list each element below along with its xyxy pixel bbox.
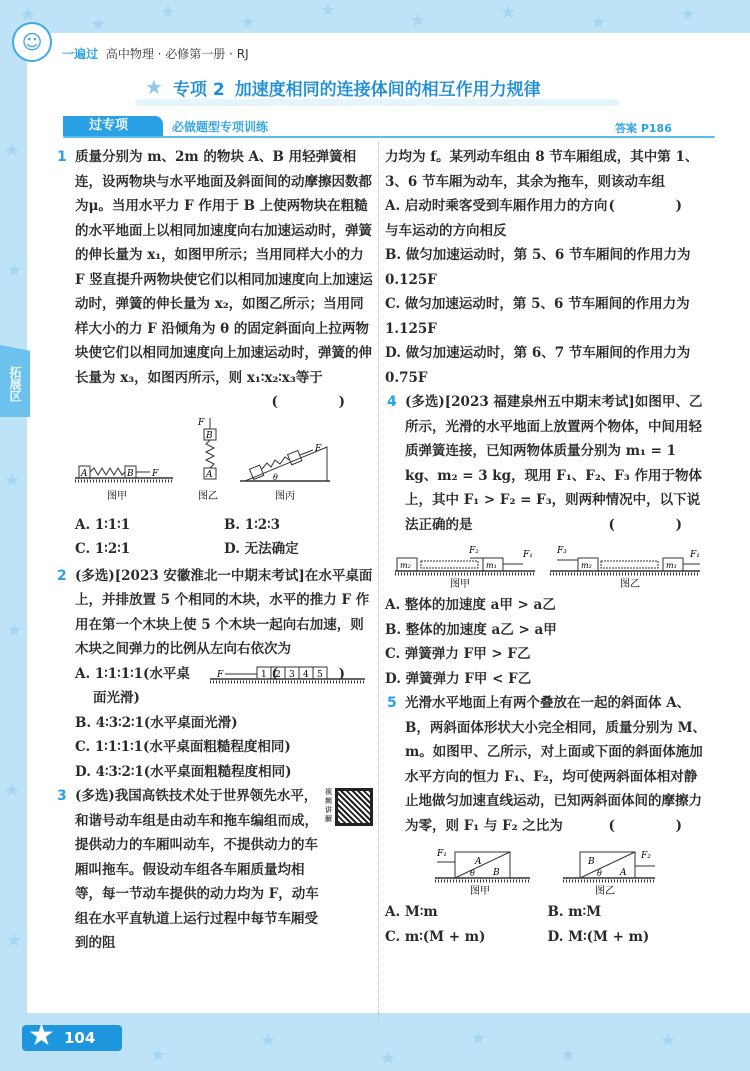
svg-text:B: B bbox=[587, 857, 595, 867]
caption-jia: 图甲 bbox=[107, 490, 127, 502]
question-stem: (多选)[2023 安徽淮北一中期末考试]在水平桌面上，并排放置 5 个相同的木… bbox=[75, 568, 372, 658]
svg-text:F: F bbox=[314, 444, 322, 454]
mascot-star-icon: ★ bbox=[28, 1018, 55, 1053]
title-number: 专项 2 bbox=[173, 75, 225, 100]
option-d[interactable]: D. M∶(M + m) bbox=[548, 925, 711, 950]
question-number: 3 bbox=[57, 784, 67, 809]
option-b[interactable]: B. 做匀加速运动时，第 5、6 节车厢间的作用力为 0.125F bbox=[385, 243, 710, 292]
svg-text:F₁: F₁ bbox=[689, 550, 700, 560]
svg-text:B: B bbox=[126, 469, 134, 479]
brand-name: 一遍过 bbox=[62, 47, 98, 61]
option-a-cont: 面光滑) bbox=[55, 686, 373, 711]
option-d[interactable]: D. 弹簧弹力 F甲 < F乙 bbox=[385, 667, 710, 692]
caption-yi: 图乙 bbox=[198, 490, 218, 502]
svg-text:F₃: F₃ bbox=[556, 546, 567, 556]
section-tag: 过专项 bbox=[63, 116, 163, 136]
svg-text:θ: θ bbox=[273, 473, 278, 482]
svg-text:m₂: m₂ bbox=[400, 561, 411, 570]
svg-text:m₁: m₁ bbox=[486, 561, 497, 570]
option-b[interactable]: B. 整体的加速度 a乙 > a甲 bbox=[385, 618, 710, 643]
options-q1-row2: C. 1∶2∶1 D. 无法确定 bbox=[55, 537, 373, 562]
mascot-logo-icon: ☺ bbox=[12, 22, 52, 62]
option-c[interactable]: C. 1∶2∶1 bbox=[75, 537, 224, 562]
column-divider bbox=[378, 142, 379, 1022]
question-2: 2 (多选)[2023 安徽淮北一中期末考试]在水平桌面上，并排放置 5 个相同… bbox=[55, 564, 373, 662]
svg-text:θ: θ bbox=[470, 869, 475, 878]
title-text: 加速度相同的连接体间的相互作用力规律 bbox=[235, 75, 541, 100]
figure-q5: AB θ F₁ 图甲 BA θ F₂ 图乙 bbox=[385, 842, 710, 898]
question-number: 1 bbox=[57, 145, 67, 170]
figure-q1: A B F 图甲 F B A 图乙 F θ 图丙 bbox=[55, 394, 373, 511]
question-stem: 质量分别为 m、2m 的物块 A、B 用轻弹簧相连，设两物块与水平地面及斜面间的… bbox=[75, 149, 373, 386]
question-stem: (多选)我国高铁技术处于世界领先水平，和谐号动车组是由动车和拖车编组而成，提供动… bbox=[75, 788, 319, 951]
svg-text:A: A bbox=[474, 857, 482, 867]
option-c[interactable]: C. m∶(M + m) bbox=[385, 925, 548, 950]
answer-blank[interactable]: ( ) bbox=[609, 814, 710, 839]
option-a[interactable]: A. 1∶1∶1 bbox=[75, 513, 224, 538]
option-a[interactable]: A. 整体的加速度 a甲 > a乙 bbox=[385, 593, 710, 618]
question-5: 5 光滑水平地面上有两个叠放在一起的斜面体 A、B，两斜面体形状大小完全相同，质… bbox=[385, 691, 710, 838]
svg-text:m₂: m₂ bbox=[581, 561, 592, 570]
question-number: 4 bbox=[387, 390, 397, 415]
question-3-continued: 力均为 f。某列动车组由 8 节车厢组成，其中第 1、3、6 节车厢为动车，其余… bbox=[385, 145, 710, 194]
svg-text:F₁: F₁ bbox=[436, 849, 447, 859]
svg-text:F₂: F₂ bbox=[640, 851, 651, 861]
figure-q2: F 1 2 3 4 5 bbox=[205, 664, 370, 686]
options-q5: A. M∶m B. m∶M bbox=[385, 900, 710, 925]
question-number: 5 bbox=[387, 691, 397, 716]
option-b[interactable]: B. m∶M bbox=[548, 900, 711, 925]
question-number: 2 bbox=[57, 564, 67, 589]
option-d[interactable]: D. 做匀加速运动时，第 6、7 节车厢间的作用力为 0.75F bbox=[385, 341, 710, 390]
running-header: 一遍过 高中物理 · 必修第一册 · RJ bbox=[62, 45, 249, 62]
option-c[interactable]: C. 1∶1∶1∶1(水平桌面粗糙程度相同) bbox=[55, 735, 373, 760]
option-d[interactable]: D. 无法确定 bbox=[224, 537, 373, 562]
svg-text:F: F bbox=[151, 469, 159, 479]
svg-text:B: B bbox=[205, 431, 213, 441]
question-stem: 光滑水平地面上有两个叠放在一起的斜面体 A、B，两斜面体形状大小完全相同，质量分… bbox=[405, 695, 706, 834]
question-4: 4 (多选)[2023 福建泉州五中期末考试]如图甲、乙所示，光滑的水平地面上放… bbox=[385, 390, 710, 537]
svg-text:A: A bbox=[619, 868, 627, 878]
caption-yi: 图乙 bbox=[595, 885, 615, 897]
left-column: 1 质量分别为 m、2m 的物块 A、B 用轻弹簧相连，设两物块与水平地面及斜面… bbox=[55, 145, 373, 956]
svg-text:F₂: F₂ bbox=[468, 546, 479, 556]
option-b[interactable]: B. 4∶3∶2∶1(水平桌面光滑) bbox=[55, 711, 373, 736]
caption-yi: 图乙 bbox=[620, 578, 640, 590]
section-rule bbox=[63, 136, 715, 138]
book-title: 高中物理 · 必修第一册 · RJ bbox=[106, 47, 249, 61]
svg-text:m₁: m₁ bbox=[666, 561, 677, 570]
answer-reference-link[interactable]: 答案 P186 bbox=[615, 120, 672, 136]
caption-jia: 图甲 bbox=[470, 885, 490, 897]
option-d[interactable]: D. 4∶3∶2∶1(水平桌面粗糙程度相同) bbox=[55, 760, 373, 785]
answer-blank[interactable]: ( ) bbox=[609, 194, 710, 219]
option-c[interactable]: C. 弹簧弹力 F甲 > F乙 bbox=[385, 642, 710, 667]
caption-jia: 图甲 bbox=[450, 578, 470, 590]
star-icon: ★ bbox=[145, 75, 163, 99]
svg-text:A: A bbox=[205, 470, 213, 480]
right-column: 力均为 f。某列动车组由 8 节车厢组成，其中第 1、3、6 节车厢为动车，其余… bbox=[385, 145, 710, 949]
option-a[interactable]: A. M∶m bbox=[385, 900, 548, 925]
svg-text:A: A bbox=[80, 469, 88, 479]
option-b[interactable]: B. 1∶2∶3 bbox=[224, 513, 373, 538]
svg-text:θ: θ bbox=[597, 869, 602, 878]
svg-text:F: F bbox=[197, 418, 205, 428]
svg-text:F₁: F₁ bbox=[522, 550, 533, 560]
qr-code[interactable] bbox=[335, 788, 373, 826]
figure-q4: m₂ m₁ F₁ F₂ 图甲 F₃ m₂ m₁ F₁ 图乙 bbox=[385, 541, 710, 591]
question-3: 3 (多选)我国高铁技术处于世界领先水平，和谐号动车组是由动车和拖车编组而成，提… bbox=[55, 784, 373, 956]
svg-text:B: B bbox=[492, 868, 500, 878]
question-1: 1 质量分别为 m、2m 的物块 A、B 用轻弹簧相连，设两物块与水平地面及斜面… bbox=[55, 145, 373, 390]
question-stem: (多选)[2023 福建泉州五中期末考试]如图甲、乙所示，光滑的水平地面上放置两… bbox=[405, 394, 702, 533]
page-title: ★ 专项 2 加速度相同的连接体间的相互作用力规律 bbox=[145, 74, 541, 100]
question-stem: 力均为 f。某列动车组由 8 节车厢组成，其中第 1、3、6 节车厢为动车，其余… bbox=[385, 149, 698, 190]
caption-bing: 图丙 bbox=[275, 490, 295, 502]
side-tab-extension[interactable]: 拓展区 bbox=[0, 345, 30, 417]
options-q1: A. 1∶1∶1 B. 1∶2∶3 bbox=[55, 513, 373, 538]
option-c[interactable]: C. 做匀加速运动时，第 5、6 节车厢间的作用力为 1.125F bbox=[385, 292, 710, 341]
qr-label: 视频讲解 bbox=[325, 788, 333, 824]
answer-blank[interactable]: ( ) bbox=[609, 513, 710, 538]
options-q5-row2: C. m∶(M + m) D. M∶(M + m) bbox=[385, 925, 710, 950]
title-underline bbox=[135, 99, 620, 106]
section-subtitle: 必做题型专项训练 bbox=[172, 118, 268, 135]
